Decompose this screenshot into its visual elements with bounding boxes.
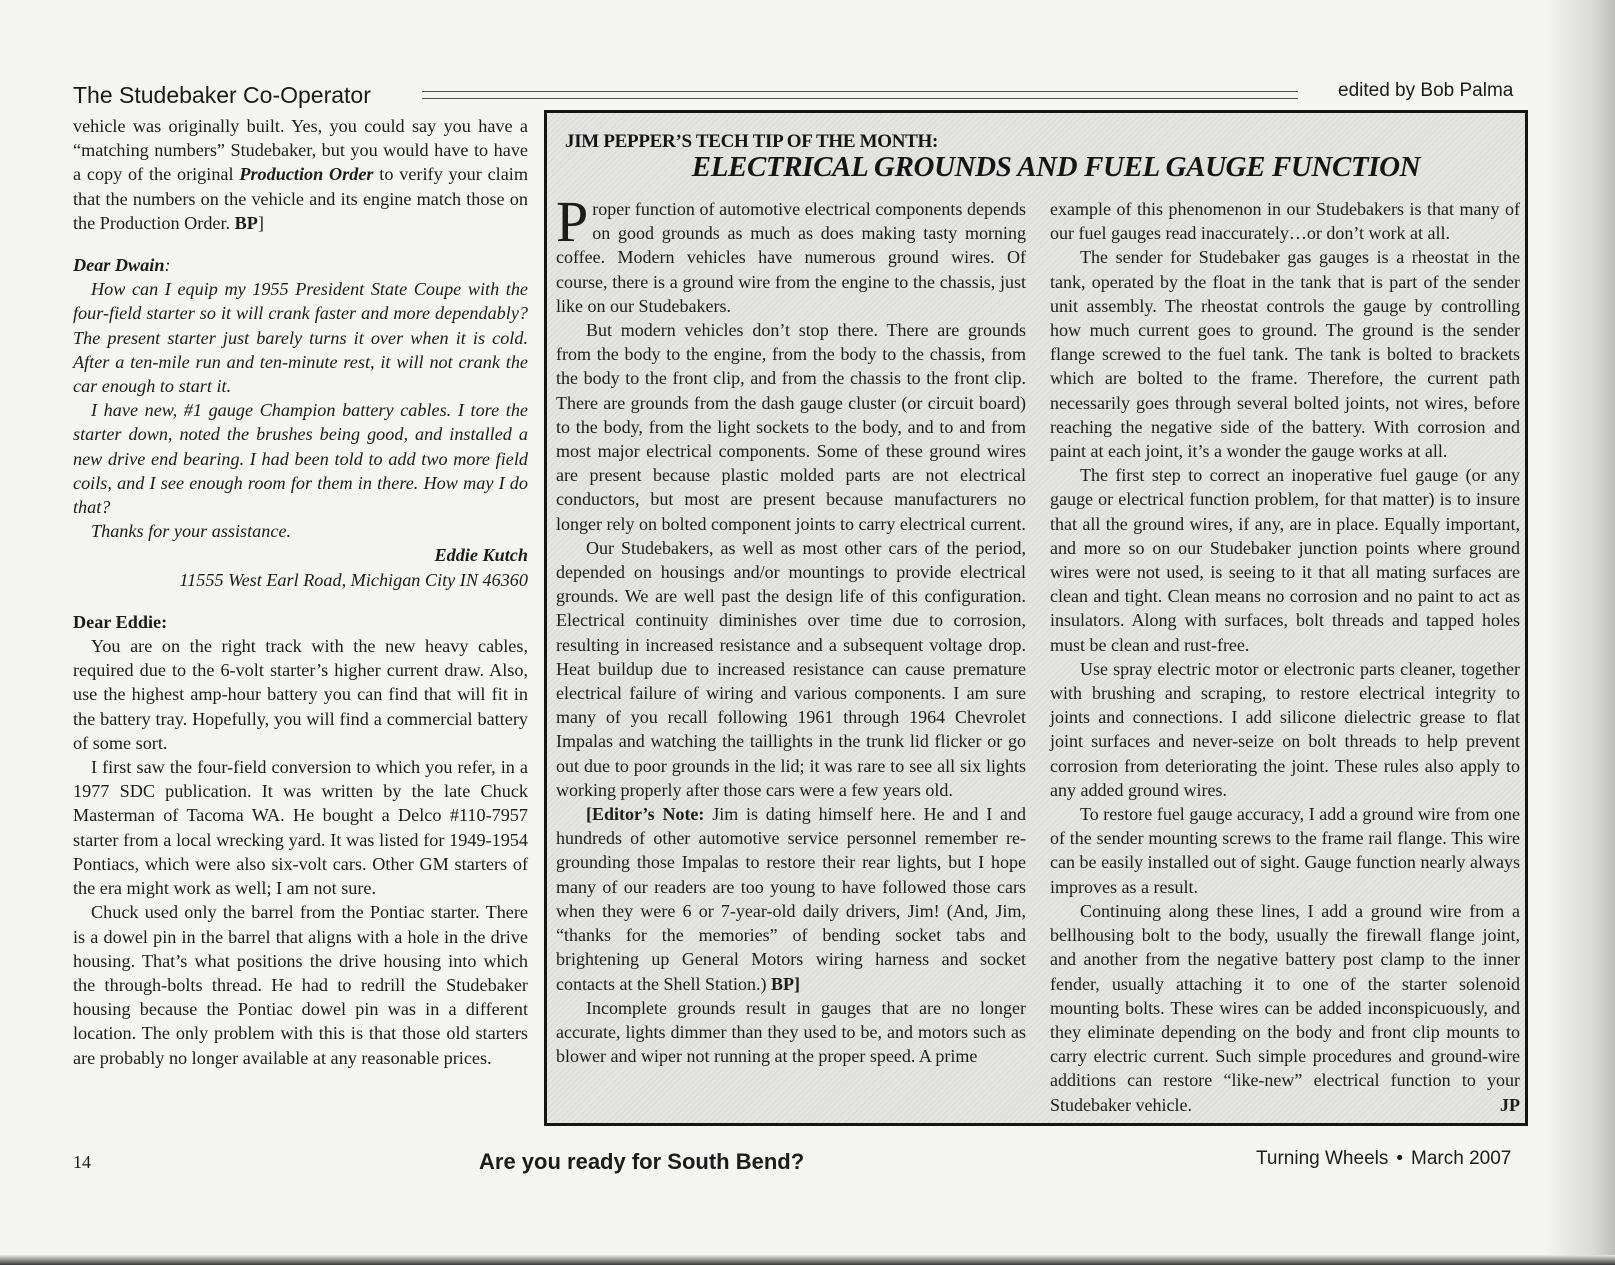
editor-note-label: [Editor’s Note: — [586, 804, 704, 824]
editor-initials: BP — [235, 213, 258, 233]
letter-paragraph: Thanks for your assistance. — [73, 519, 528, 543]
author-initials: JP — [1470, 1093, 1520, 1117]
reply-paragraph: I first saw the four-field conversion to… — [73, 755, 528, 900]
tech-tip-column-1: Proper function of automotive electrical… — [556, 197, 1026, 1068]
reply-salutation: Dear Eddie: — [73, 610, 528, 634]
tip-paragraph: But modern vehicles don’t stop there. Th… — [556, 318, 1026, 536]
tip-paragraph: example of this phenomenon in our Studeb… — [1050, 197, 1520, 245]
publication-name: Turning Wheels — [1256, 1148, 1388, 1169]
tech-tip-box: JIM PEPPER’S TECH TIP OF THE MONTH: ELEC… — [544, 110, 1528, 1126]
publication-line: Turning Wheels•March 2007 — [1256, 1148, 1511, 1170]
editor-note: [Editor’s Note: Jim is dating himself he… — [556, 802, 1026, 996]
letter-address: 11555 West Earl Road, Michigan City IN 4… — [73, 568, 528, 592]
reply-paragraph: You are on the right track with the new … — [73, 634, 528, 755]
tip-paragraph: The first step to correct an inoperative… — [1050, 463, 1520, 657]
tech-tip-column-2: example of this phenomenon in our Studeb… — [1050, 197, 1520, 1117]
tech-tip-title: ELECTRICAL GROUNDS AND FUEL GAUGE FUNCTI… — [547, 151, 1525, 184]
letter-salutation: Dear Dwain: — [73, 253, 528, 277]
issue-date: March 2007 — [1411, 1148, 1511, 1169]
production-order-emphasis: Production Order — [239, 164, 373, 184]
tip-paragraph: Proper function of automotive electrical… — [556, 197, 1026, 318]
footer-promo: Are you ready for South Bend? — [479, 1149, 804, 1175]
editor-note-initials: BP] — [771, 974, 800, 994]
letter-signer: Eddie Kutch — [73, 543, 528, 567]
tip-paragraph: Incomplete grounds result in gauges that… — [556, 996, 1026, 1069]
page-bottom-edge — [0, 1255, 1615, 1265]
page-gutter-shadow — [1545, 0, 1615, 1265]
header-double-rule — [422, 91, 1298, 99]
tip-paragraph: To restore fuel gauge accuracy, I add a … — [1050, 802, 1520, 899]
tip-paragraph: Use spray electric motor or electronic p… — [1050, 657, 1520, 802]
editor-credit: edited by Bob Palma — [1338, 80, 1513, 102]
page-number: 14 — [73, 1152, 91, 1173]
qa-column: vehicle was originally built. Yes, you c… — [73, 114, 528, 1070]
reply-paragraph: Chuck used only the barrel from the Pont… — [73, 900, 528, 1069]
tech-tip-kicker: JIM PEPPER’S TECH TIP OF THE MONTH: — [565, 131, 938, 153]
bullet-separator: • — [1396, 1148, 1403, 1169]
continued-answer: vehicle was originally built. Yes, you c… — [73, 114, 528, 235]
tip-paragraph: Continuing along these lines, I add a gr… — [1050, 899, 1520, 1117]
section-title: The Studebaker Co-Operator — [73, 82, 371, 109]
letter-paragraph: How can I equip my 1955 President State … — [73, 277, 528, 398]
drop-cap: P — [556, 199, 588, 245]
letter-paragraph: I have new, #1 gauge Champion battery ca… — [73, 398, 528, 519]
tip-paragraph: Our Studebakers, as well as most other c… — [556, 536, 1026, 802]
tip-paragraph: The sender for Studebaker gas gauges is … — [1050, 245, 1520, 463]
